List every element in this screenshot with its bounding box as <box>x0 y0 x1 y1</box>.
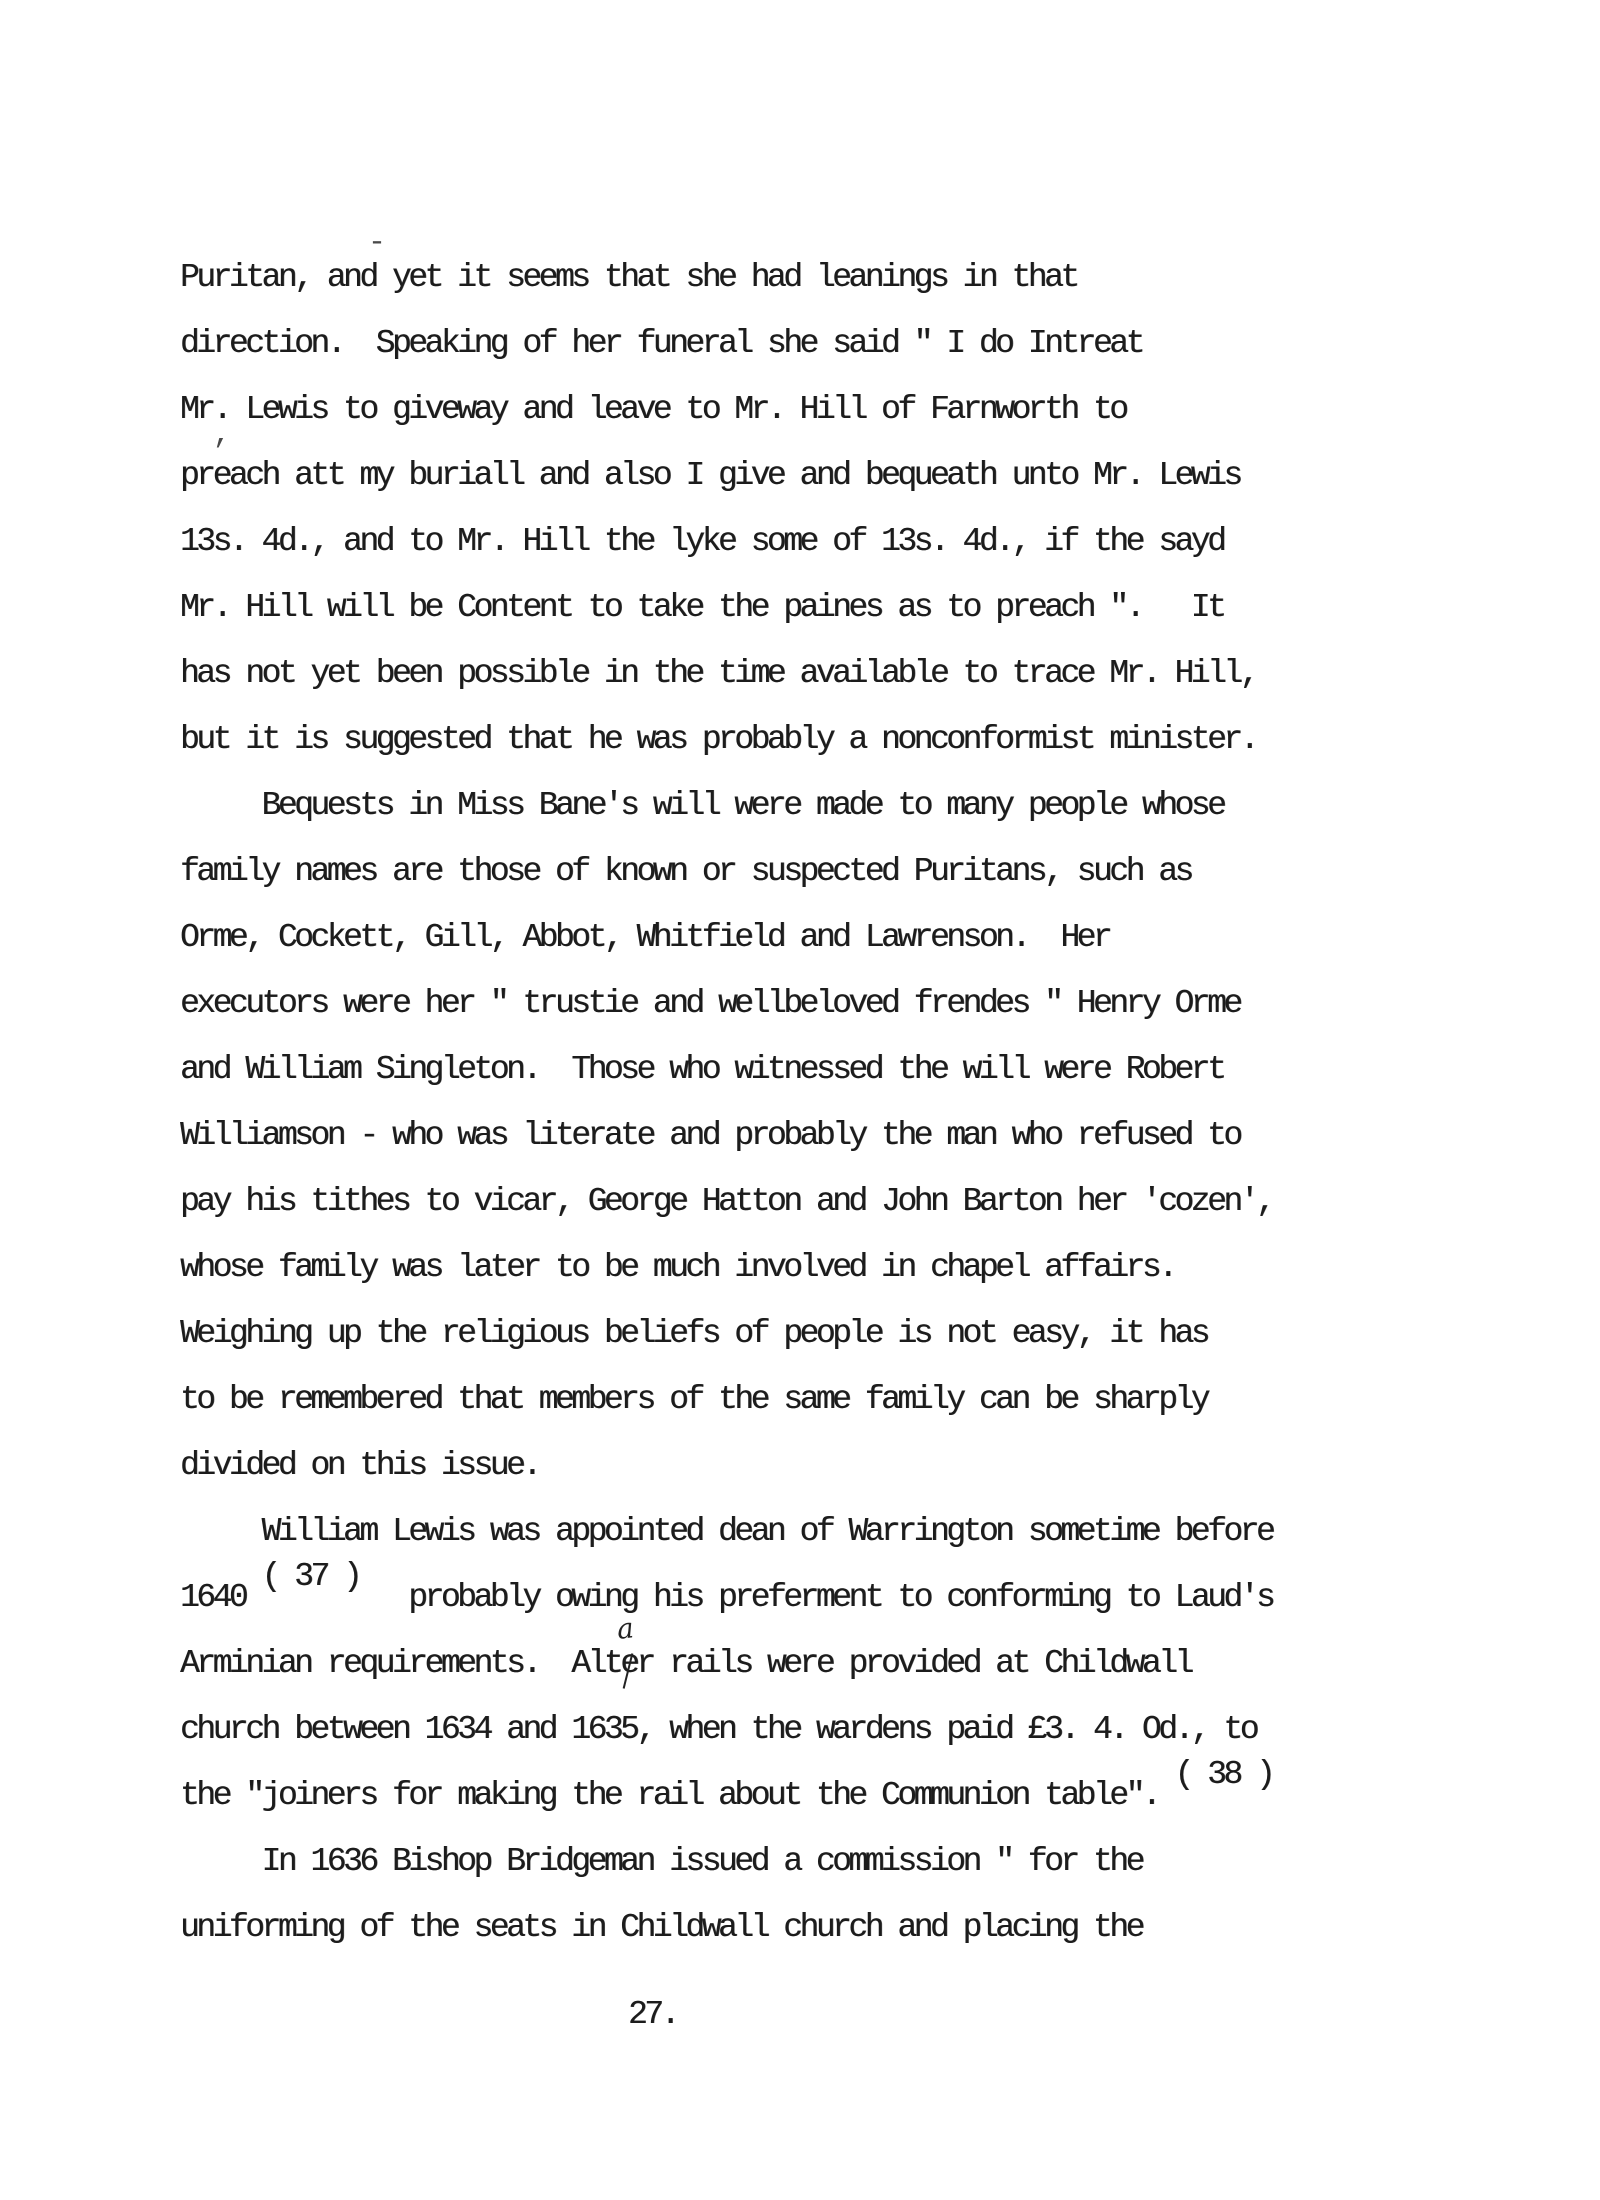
page-number: 27. <box>628 1982 677 2048</box>
text-segment: 1640 <box>180 1579 262 1616</box>
stray-mark: , <box>213 420 231 450</box>
text-line: and William Singleton. Those who witness… <box>180 1037 1272 1103</box>
text-segment: In 1636 Bishop Bridgeman issued a commis… <box>180 1843 1142 1880</box>
text-segment: probably owing his preferment to conform… <box>359 1579 1272 1616</box>
overstruck-char: ea <box>620 1631 636 1697</box>
text-segment: divided on this issue. <box>180 1447 539 1484</box>
text-line: Williamson - who was literate and probab… <box>180 1103 1272 1169</box>
text-segment: Arminian requirements. Alt <box>180 1645 620 1682</box>
text-line: Mr. Lewis to giveway and leave to Mr. Hi… <box>180 377 1272 443</box>
text-line: Weighing up the religious beliefs of peo… <box>180 1301 1272 1367</box>
text-line: to be remembered that members of the sam… <box>180 1367 1272 1433</box>
text-segment: Mr. Lewis to giveway and leave to Mr. Hi… <box>180 391 1126 428</box>
text-line: divided on this issue. <box>180 1433 1272 1499</box>
text-segment: has not yet been possible in the time av… <box>180 655 1256 692</box>
text-line: whose family was later to be much involv… <box>180 1235 1272 1301</box>
text-line: Puritan, and yet it seems that she had l… <box>180 245 1272 311</box>
text-segment: Weighing up the religious beliefs of peo… <box>180 1315 1207 1352</box>
text-line: pay his tithes to vicar, George Hatton a… <box>180 1169 1272 1235</box>
text-segment: but it is suggested that he was probably… <box>180 721 1256 758</box>
text-segment: whose family was later to be much involv… <box>180 1249 1175 1286</box>
text-segment: to be remembered that members of the sam… <box>180 1381 1207 1418</box>
text-line: Arminian requirements. Altear rails were… <box>180 1631 1272 1697</box>
text-segment: preach att my buriall and also I give an… <box>180 457 1240 494</box>
text-segment: William Lewis was appointed dean of Warr… <box>180 1513 1272 1550</box>
text-segment: family names are those of known or suspe… <box>180 853 1191 890</box>
text-segment: church between 1634 and 1635, when the w… <box>180 1711 1256 1748</box>
text-segment: Williamson - who was literate and probab… <box>180 1117 1240 1154</box>
text-segment: direction. Speaking of her funeral she s… <box>180 325 1142 362</box>
stray-mark: - <box>368 228 386 258</box>
text-segment: pay his tithes to vicar, George Hatton a… <box>180 1183 1272 1220</box>
text-segment: Puritan, and yet it seems that she had l… <box>180 259 1077 296</box>
text-segment: and William Singleton. Those who witness… <box>180 1051 1223 1088</box>
text-line: preach att my buriall and also I give an… <box>180 443 1272 509</box>
text-segment: 13s. 4d., and to Mr. Hill the lyke some … <box>180 523 1223 560</box>
text-line: Bequests in Miss Bane's will were made t… <box>180 773 1272 839</box>
text-line: William Lewis was appointed dean of Warr… <box>180 1499 1272 1565</box>
text-line: Mr. Hill will be Content to take the pai… <box>180 575 1272 641</box>
typewritten-document-page: Puritan, and yet it seems that she had l… <box>0 0 1600 2200</box>
text-segment: r rails were provided at Childwall <box>637 1645 1191 1682</box>
text-line: In 1636 Bishop Bridgeman issued a commis… <box>180 1829 1272 1895</box>
text-segment: Mr. Hill will be Content to take the pai… <box>180 589 1223 626</box>
citation-superscript: ( 38 ) <box>1175 1756 1273 1793</box>
text-line: family names are those of known or suspe… <box>180 839 1272 905</box>
text-line: the "joiners for making the rail about t… <box>180 1763 1272 1829</box>
text-line: executors were her " trustie and wellbel… <box>180 971 1272 1037</box>
text-line: has not yet been possible in the time av… <box>180 641 1272 707</box>
text-line: 1640 ( 37 ) probably owing his prefermen… <box>180 1565 1272 1631</box>
text-line: church between 1634 and 1635, when the w… <box>180 1697 1272 1763</box>
handwritten-correction: a <box>616 1614 636 1644</box>
text-segment: Bequests in Miss Bane's will were made t… <box>180 787 1223 824</box>
text-line: Orme, Cockett, Gill, Abbot, Whitfield an… <box>180 905 1272 971</box>
text-segment: uniforming of the seats in Childwall chu… <box>180 1909 1142 1946</box>
text-segment: Orme, Cockett, Gill, Abbot, Whitfield an… <box>180 919 1109 956</box>
text-block: Puritan, and yet it seems that she had l… <box>180 245 1272 1961</box>
text-line: 13s. 4d., and to Mr. Hill the lyke some … <box>180 509 1272 575</box>
text-line: direction. Speaking of her funeral she s… <box>180 311 1272 377</box>
text-segment: executors were her " trustie and wellbel… <box>180 985 1240 1022</box>
citation-superscript: ( 37 ) <box>262 1558 360 1595</box>
text-line: but it is suggested that he was probably… <box>180 707 1272 773</box>
text-line: uniforming of the seats in Childwall chu… <box>180 1895 1272 1961</box>
text-segment: the "joiners for making the rail about t… <box>180 1777 1175 1814</box>
